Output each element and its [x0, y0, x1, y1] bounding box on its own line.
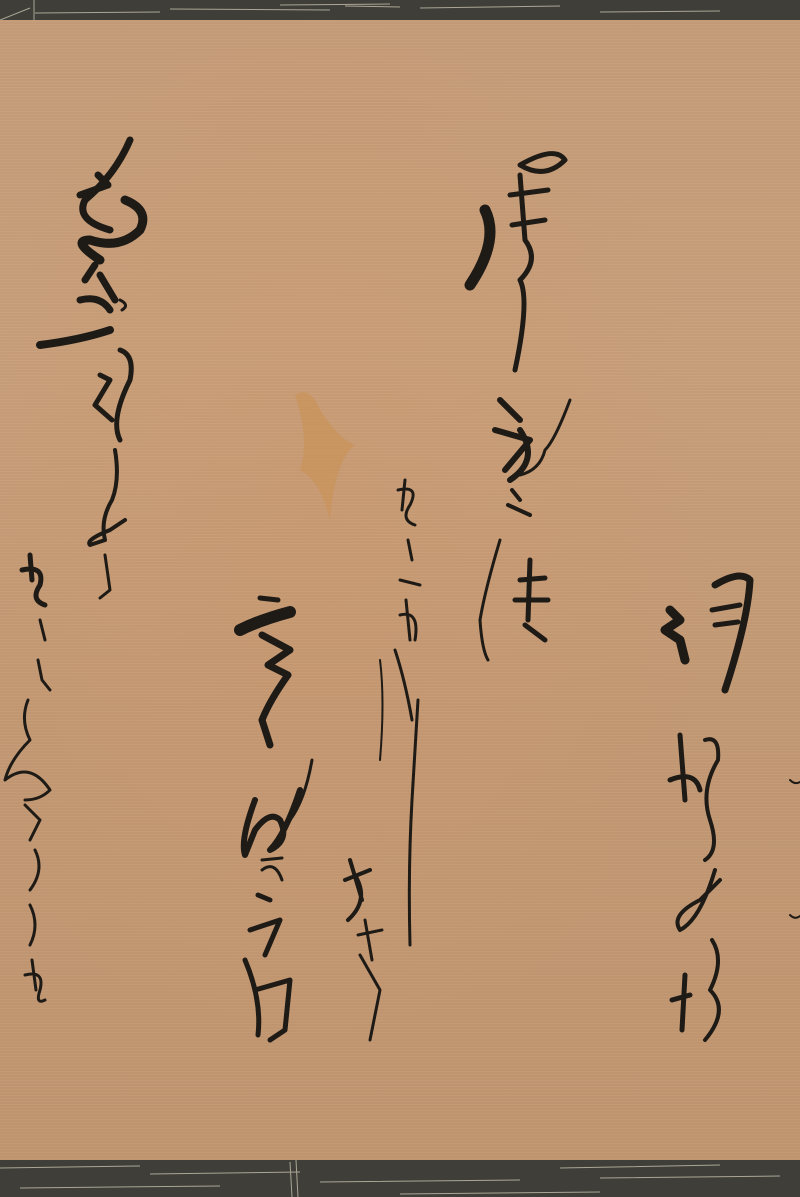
water-stain: [295, 392, 355, 520]
column-center: [345, 480, 420, 1040]
column-left: [40, 140, 143, 598]
ink-strokes: [0, 0, 800, 1197]
column-far-left: [5, 555, 50, 1001]
column-center-right: [470, 154, 570, 660]
column-edge-fragments: [790, 780, 800, 918]
column-right: [665, 576, 750, 1040]
calligraphy-scroll: [0, 0, 800, 1197]
bottom-mounting-strip: [0, 1160, 800, 1197]
wood-grain-bottom: [0, 1160, 800, 1197]
column-center-left: [240, 598, 312, 1040]
